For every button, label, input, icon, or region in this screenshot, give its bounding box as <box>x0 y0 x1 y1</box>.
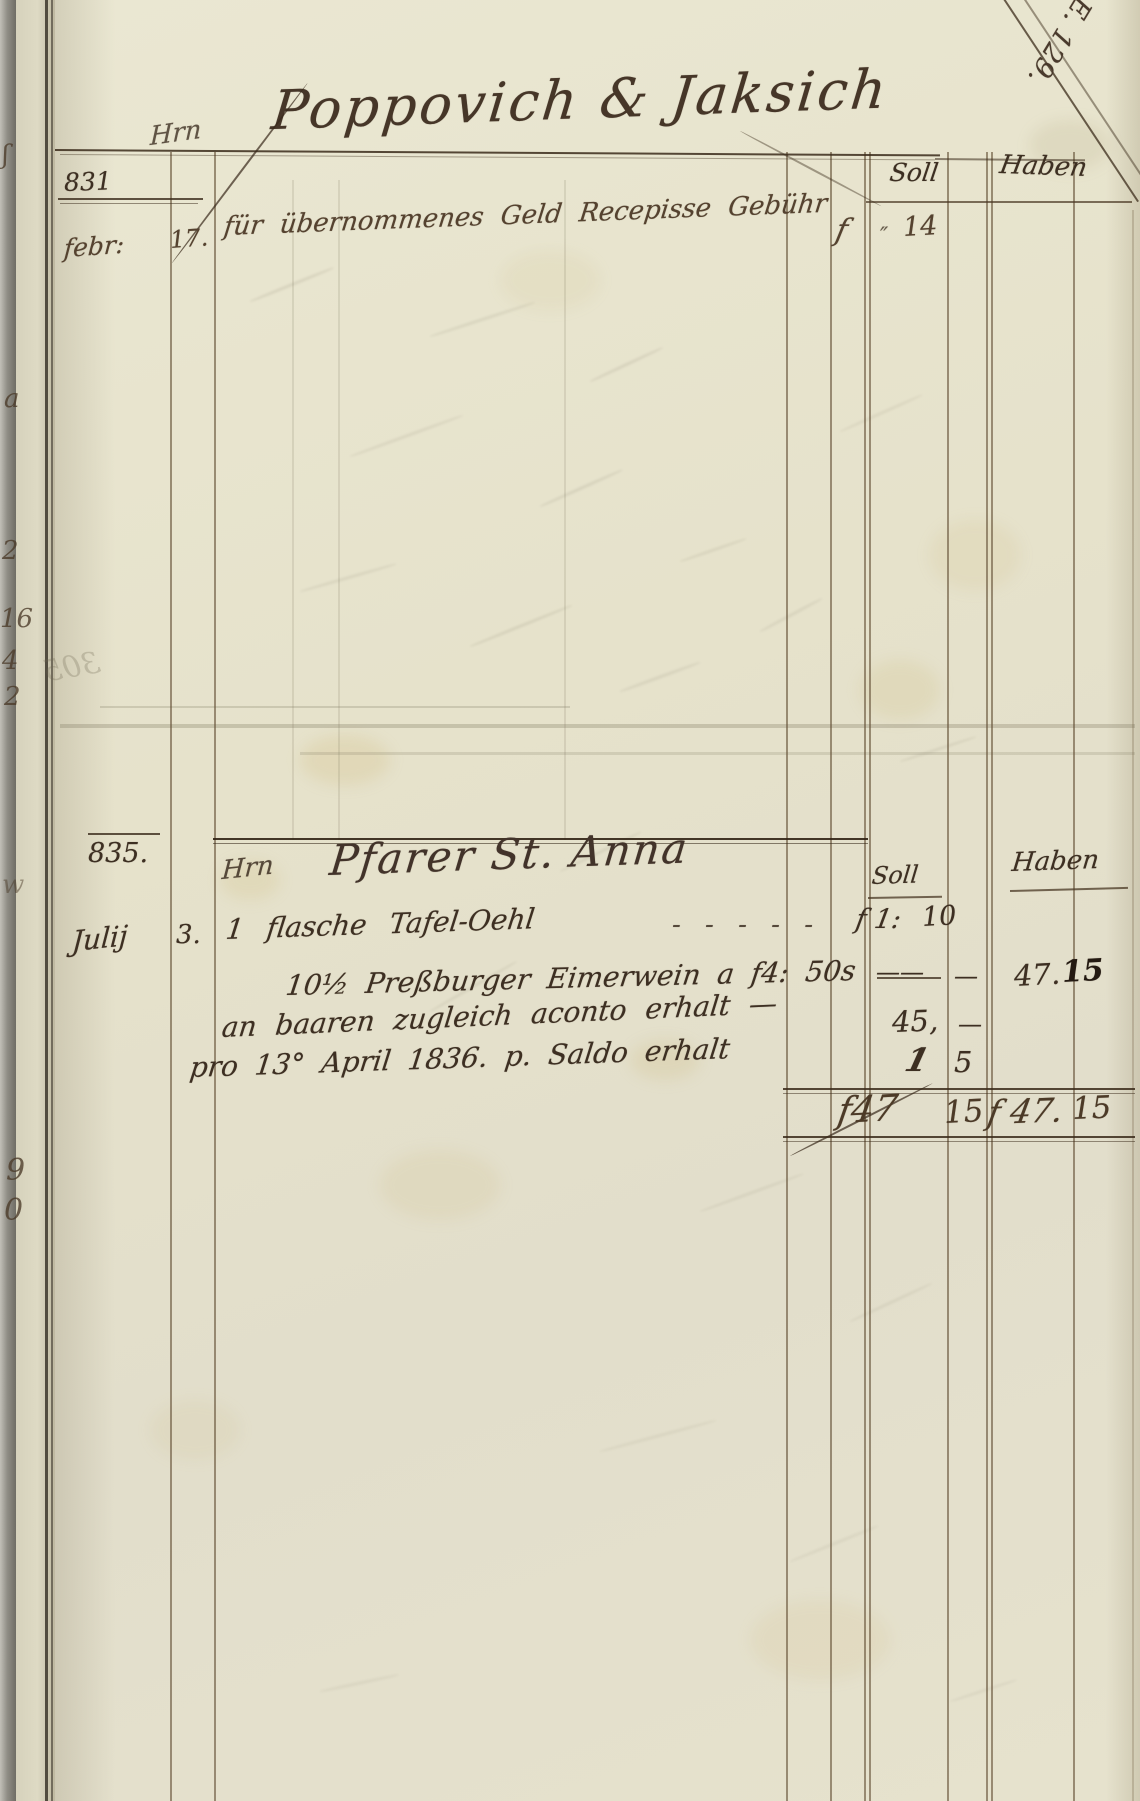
account1-haben-header: Haben <box>998 152 1089 181</box>
row-haben-florin: 47. <box>1013 960 1061 991</box>
account2-haben-header: Haben <box>1011 847 1101 876</box>
account2-soll-header: Soll <box>871 862 920 888</box>
account2-number: 835. <box>88 840 148 867</box>
totals-rule-bottom <box>783 1136 1135 1138</box>
ruling-vertical <box>986 152 988 1801</box>
paper-stain <box>500 250 600 310</box>
account2-title: Pfarer St. Anna <box>328 827 691 882</box>
row-haben-kreuzer: 15 <box>1061 956 1104 988</box>
row-soll-kreuzer: 5 <box>954 1048 972 1077</box>
previous-page-sliver <box>16 0 55 1801</box>
row-soll-kreuzer: — <box>958 1012 982 1036</box>
paper-stain <box>930 520 1020 590</box>
row-date-day: 3. <box>176 922 201 948</box>
paper-stain <box>300 735 390 785</box>
row-leader-dashes: - - - - - <box>672 912 821 938</box>
header-underline <box>866 201 1132 203</box>
margin-fragment: 16 <box>0 606 33 632</box>
margin-fragment: w <box>2 872 24 898</box>
row-soll-florin: 45, <box>891 1006 938 1037</box>
row-soll-kreuzer: — <box>954 964 978 988</box>
margin-fragment: 0 <box>4 1196 23 1226</box>
total-haben-kreuzer: 15 <box>1071 1093 1112 1125</box>
totals-rule-bottom <box>783 1141 1135 1142</box>
row-date-month: Julij <box>71 922 129 956</box>
entry-soll-florin: ″ <box>880 226 888 248</box>
account-number-underline <box>60 203 198 204</box>
row-soll-florin: —— <box>876 960 924 984</box>
total-haben-florin: f 47. <box>985 1093 1066 1129</box>
paper-stain <box>860 660 940 720</box>
row-soll-kreuzer: 10 <box>921 902 957 931</box>
ditto-dash <box>877 977 941 979</box>
margin-fragment: ʃ <box>2 142 9 168</box>
margin-fragment: 4 <box>2 648 19 674</box>
account1-soll-header: Soll <box>888 160 940 185</box>
ruling-vertical <box>947 152 949 1801</box>
gutter-line <box>45 0 48 1801</box>
total-soll-kreuzer: 15 <box>943 1096 984 1129</box>
account-number-overline <box>88 833 160 835</box>
paper-stain <box>380 1150 500 1220</box>
margin-fragment: 2 <box>2 538 19 564</box>
book-spine <box>0 0 16 1801</box>
ruling-vertical <box>170 152 172 1801</box>
ruling-vertical <box>991 152 993 1801</box>
margin-fragment: 9 <box>6 1156 25 1186</box>
account2-title-prefix: Hrn <box>221 852 274 884</box>
account1-number: 831 <box>64 168 113 195</box>
gutter-line <box>51 0 53 1801</box>
ledger-page: ʃ a 2 16 4 2 w 9 0 305 <box>0 0 1140 1801</box>
entry-date-month: febr: <box>63 232 125 261</box>
margin-fragment: a <box>4 386 20 412</box>
margin-fragment: 2 <box>4 684 21 710</box>
ruling-vertical <box>214 152 216 1801</box>
total-soll-florin: f47 <box>835 1091 900 1130</box>
entry-date-day: 17. <box>169 225 209 252</box>
page-edge-line <box>1132 210 1134 1801</box>
row-soll-florin: f 1: <box>854 906 904 933</box>
ruling-vertical <box>869 152 871 1801</box>
paper-stain <box>150 1400 240 1460</box>
entry-soll-kreuzer: 14 <box>902 212 938 241</box>
account-number-underline <box>58 198 203 200</box>
ruling-vertical <box>864 152 866 1801</box>
account1-title-prefix: Hrn <box>150 117 202 151</box>
